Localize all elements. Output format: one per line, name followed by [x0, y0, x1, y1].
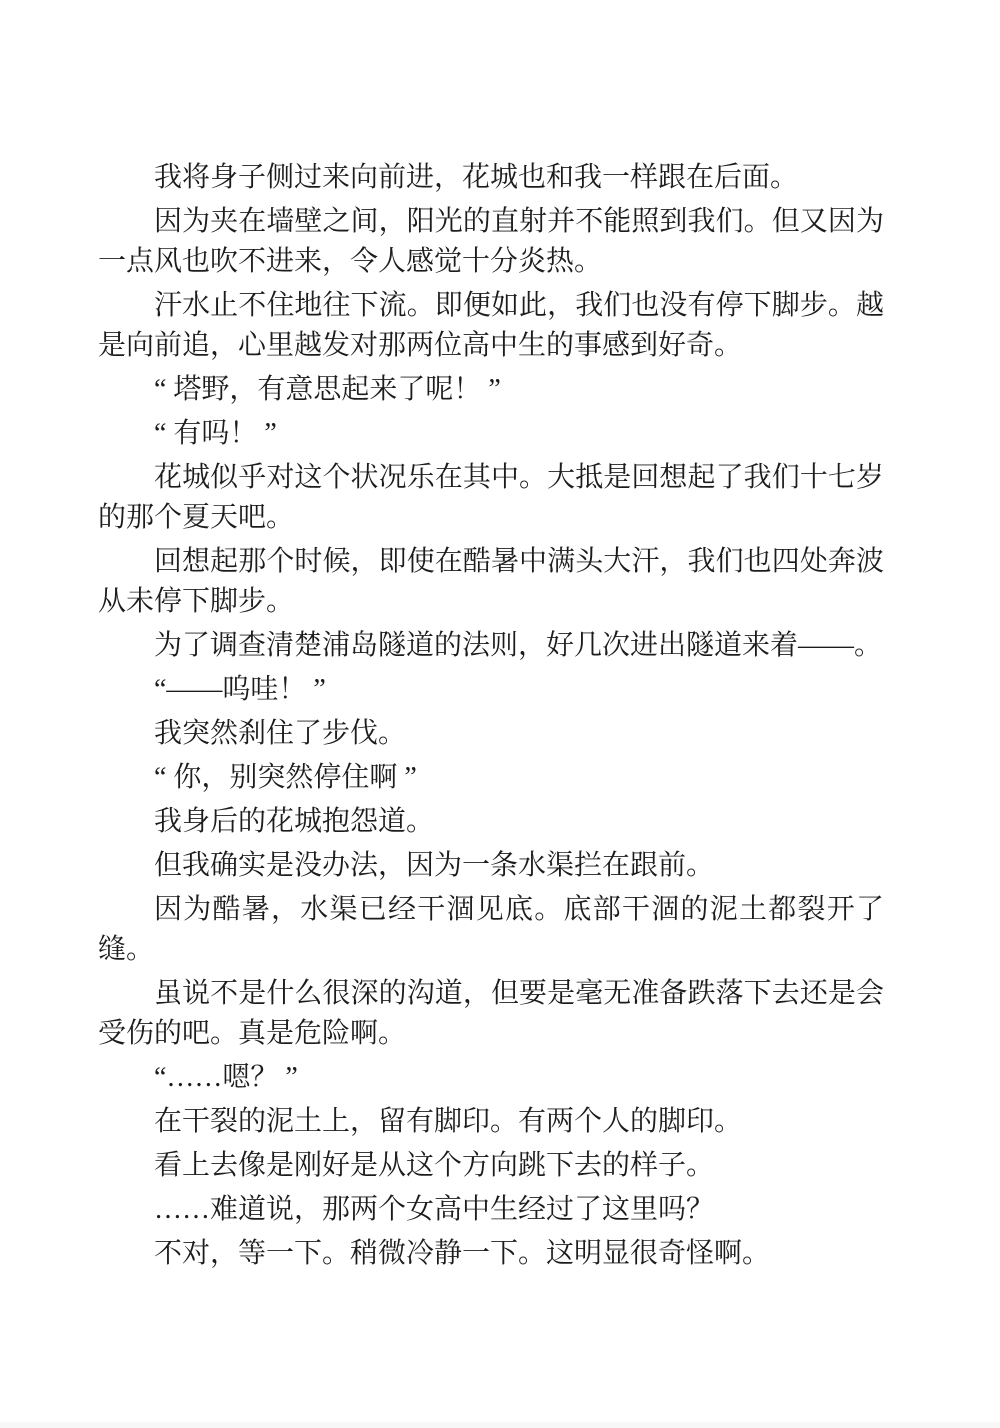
- paragraph: 我身后的花城抱怨道。: [98, 802, 884, 842]
- paragraph-dialogue: “——呜哇！ ”: [98, 670, 884, 710]
- paragraph: 我突然刹住了步伐。: [98, 714, 884, 754]
- paragraph: 看上去像是刚好是从这个方向跳下去的样子。: [98, 1146, 884, 1186]
- paragraph-dialogue: “ 有吗！ ”: [98, 414, 884, 454]
- paragraph: ……难道说，那两个女高中生经过了这里吗？: [98, 1190, 884, 1230]
- paragraph: 我将身子侧过来向前进，花城也和我一样跟在后面。: [98, 158, 884, 198]
- book-page: 我将身子侧过来向前进，花城也和我一样跟在后面。 因为夹在墙壁之间，阳光的直射并不…: [0, 0, 1000, 1428]
- paragraph: 虽说不是什么很深的沟道，但要是毫无准备跌落下去还是会受伤的吧。真是危险啊。: [98, 974, 884, 1054]
- paragraph-dialogue: “……嗯？ ”: [98, 1058, 884, 1098]
- paragraph: 不对，等一下。稍微冷静一下。这明显很奇怪啊。: [98, 1234, 884, 1274]
- paragraph: 因为夹在墙壁之间，阳光的直射并不能照到我们。但又因为一点风也吹不进来，令人感觉十…: [98, 202, 884, 282]
- paragraph-dialogue: “ 塔野，有意思起来了呢！ ”: [98, 370, 884, 410]
- paragraph: 花城似乎对这个状况乐在其中。大抵是回想起了我们十七岁的那个夏天吧。: [98, 458, 884, 538]
- paragraph: 汗水止不住地往下流。即便如此，我们也没有停下脚步。越是向前追，心里越发对那两位高…: [98, 286, 884, 366]
- paragraph: 因为酷暑，水渠已经干涸见底。底部干涸的泥土都裂开了缝。: [98, 890, 884, 970]
- paragraph: 在干裂的泥土上，留有脚印。有两个人的脚印。: [98, 1102, 884, 1142]
- paragraph-dialogue: “ 你，别突然停住啊 ”: [98, 758, 884, 798]
- paragraph: 回想起那个时候，即使在酷暑中满头大汗，我们也四处奔波从未停下脚步。: [98, 542, 884, 622]
- page-bottom-edge: [0, 1422, 1000, 1428]
- text-column: 我将身子侧过来向前进，花城也和我一样跟在后面。 因为夹在墙壁之间，阳光的直射并不…: [98, 158, 884, 1278]
- paragraph: 但我确实是没办法，因为一条水渠拦在跟前。: [98, 846, 884, 886]
- paragraph: 为了调查清楚浦岛隧道的法则，好几次进出隧道来着——。: [98, 626, 884, 666]
